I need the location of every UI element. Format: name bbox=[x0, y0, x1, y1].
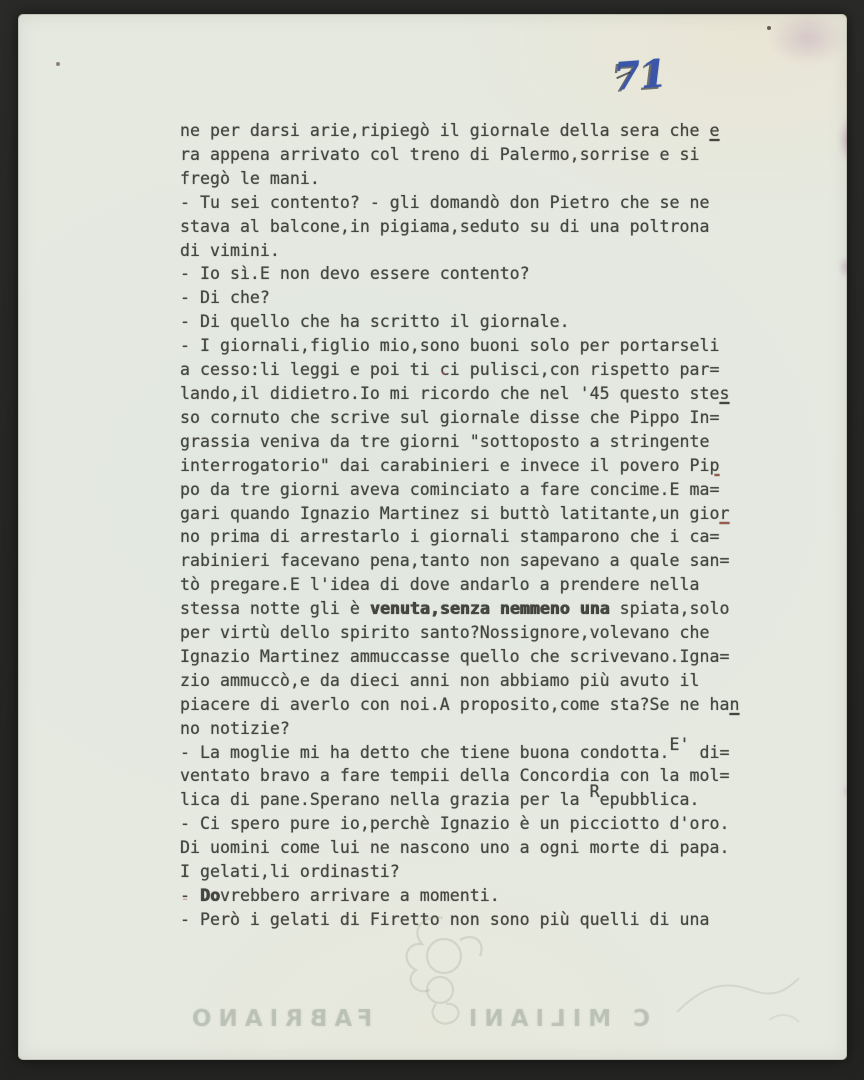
paper-speck bbox=[56, 62, 60, 66]
text-segment: di= bbox=[690, 743, 730, 762]
handwritten-page-number: 71 bbox=[613, 54, 668, 96]
text-line: piacere di averlo con noi.A proposito,co… bbox=[180, 693, 739, 717]
text-line: I gelati,li ordinasti? bbox=[180, 860, 739, 884]
text-segment: zio ammuccò,e da dieci anni non abbiamo … bbox=[180, 671, 700, 690]
text-segment: s bbox=[719, 384, 729, 403]
text-line: - Di quello che ha scritto il giornale. bbox=[180, 310, 739, 334]
text-segment: so cornuto che scrive sul giornale disse… bbox=[180, 408, 719, 427]
ink-stain bbox=[840, 782, 847, 800]
paper-speck bbox=[767, 26, 771, 30]
text-line: - La moglie mi ha detto che tiene buona … bbox=[180, 741, 739, 765]
text-segment: E' bbox=[670, 735, 690, 754]
text-line: no notizie? bbox=[180, 717, 739, 741]
text-line: di vimini. bbox=[180, 239, 739, 263]
text-line: - Io sì.E non devo essere contento? bbox=[180, 262, 739, 286]
watermark-flourish-icon bbox=[673, 972, 803, 1027]
text-segment: - I giornali,figlio mio,sono buoni solo … bbox=[180, 336, 719, 355]
text-segment: ra appena arrivato col treno di Palermo,… bbox=[180, 145, 700, 164]
text-segment: piacere di averlo con noi.A proposito,co… bbox=[180, 695, 729, 714]
fabriano-watermark: C MILIANI FABRIANO bbox=[185, 1006, 650, 1032]
text-segment: - La moglie mi ha detto che tiene buona … bbox=[180, 743, 670, 762]
text-segment: epubblica. bbox=[600, 790, 700, 809]
photo-background: 71 ne per darsi arie,ripiegò il giornale… bbox=[0, 0, 864, 1080]
text-line: interrogatorio" dai carabinieri e invece… bbox=[180, 454, 739, 478]
text-line: rabinieri facevano pena,tanto non sapeva… bbox=[180, 549, 739, 573]
text-segment: stava al balcone,in pigiama,seduto su di… bbox=[180, 217, 710, 236]
text-segment: - Ci spero pure io,perchè Ignazio è un p… bbox=[180, 814, 729, 833]
text-line: lica di pane.Sperano nella grazia per la… bbox=[180, 788, 739, 812]
text-segment: per virtù dello spirito santo?Nossignore… bbox=[180, 623, 710, 642]
text-segment: a cesso:li leggi e poi ti ci pulisci,con… bbox=[180, 360, 719, 379]
text-segment: - bbox=[180, 886, 200, 905]
text-line: tò pregare.E l'idea di dove andarlo a pr… bbox=[180, 573, 739, 597]
ink-stain bbox=[836, 252, 847, 282]
text-line: per virtù dello spirito santo?Nossignore… bbox=[180, 621, 739, 645]
text-line: stessa notte gli è venuta,senza nemmeno … bbox=[180, 597, 739, 621]
text-segment: no notizie? bbox=[180, 719, 290, 738]
text-segment: r bbox=[719, 504, 729, 523]
text-segment: venuta,senza nemmeno una bbox=[370, 599, 610, 618]
manuscript-page: 71 ne per darsi arie,ripiegò il giornale… bbox=[18, 14, 847, 1060]
text-segment: Do bbox=[200, 886, 220, 905]
text-segment: p bbox=[710, 456, 720, 475]
text-line: a cesso:li leggi e poi ti ci pulisci,con… bbox=[180, 358, 739, 382]
text-line: - Di che? bbox=[180, 286, 739, 310]
typescript-lines: ne per darsi arie,ripiegò il giornale de… bbox=[180, 119, 739, 932]
text-segment: tò pregare.E l'idea di dove andarlo a pr… bbox=[180, 575, 700, 594]
ink-stain bbox=[753, 14, 847, 76]
text-line: grassia veniva da tre giorni "sottoposto… bbox=[180, 430, 739, 454]
text-segment: R bbox=[590, 782, 600, 801]
watermark-maker-text: C MILIANI bbox=[462, 1006, 650, 1032]
watermark-place-text: FABRIANO bbox=[185, 1006, 372, 1032]
text-line: po da tre giorni aveva cominciato a fare… bbox=[180, 478, 739, 502]
text-segment: Ignazio Martinez ammuccasse quello che s… bbox=[180, 647, 729, 666]
text-line: no prima di arrestarlo i giornali stampa… bbox=[180, 525, 739, 549]
text-segment: - Di quello che ha scritto il giornale. bbox=[180, 312, 570, 331]
text-line: Di uomini come lui ne nascono uno a ogni… bbox=[180, 836, 739, 860]
text-line: so cornuto che scrive sul giornale disse… bbox=[180, 406, 739, 430]
text-line: - I giornali,figlio mio,sono buoni solo … bbox=[180, 334, 739, 358]
text-segment: - Io sì.E non devo essere contento? bbox=[180, 264, 530, 283]
text-line: zio ammuccò,e da dieci anni non abbiamo … bbox=[180, 669, 739, 693]
text-segment: gari quando Ignazio Martinez si buttò la… bbox=[180, 504, 719, 523]
text-line: - Ci spero pure io,perchè Ignazio è un p… bbox=[180, 812, 739, 836]
text-line: gari quando Ignazio Martinez si buttò la… bbox=[180, 502, 739, 526]
text-line: - Tu sei contento? - gli domandò don Pie… bbox=[180, 191, 739, 215]
text-line: ne per darsi arie,ripiegò il giornale de… bbox=[180, 119, 739, 143]
text-segment: di vimini. bbox=[180, 241, 280, 260]
text-line: fregò le mani. bbox=[180, 167, 739, 191]
text-segment: - Di che? bbox=[180, 288, 270, 307]
text-line: ventato bravo a fare tempii della Concor… bbox=[180, 764, 739, 788]
text-segment: fregò le mani. bbox=[180, 169, 320, 188]
paper-speck bbox=[442, 372, 445, 375]
text-segment: e bbox=[710, 121, 720, 140]
text-line: Ignazio Martinez ammuccasse quello che s… bbox=[180, 645, 739, 669]
text-segment: lica di pane.Sperano nella grazia per la bbox=[180, 790, 590, 809]
text-segment: spiata,solo bbox=[610, 599, 730, 618]
text-segment: lando,il didietro.Io mi ricordo che nel … bbox=[180, 384, 719, 403]
text-line: ra appena arrivato col treno di Palermo,… bbox=[180, 143, 739, 167]
text-segment: I gelati,li ordinasti? bbox=[180, 862, 400, 881]
text-segment: ne per darsi arie,ripiegò il giornale de… bbox=[180, 121, 710, 140]
text-line: stava al balcone,in pigiama,seduto su di… bbox=[180, 215, 739, 239]
text-segment: n bbox=[729, 695, 739, 714]
text-segment: - Tu sei contento? - gli domandò don Pie… bbox=[180, 193, 710, 212]
text-segment: grassia veniva da tre giorni "sottoposto… bbox=[180, 432, 710, 451]
text-line: lando,il didietro.Io mi ricordo che nel … bbox=[180, 382, 739, 406]
text-segment: no prima di arrestarlo i giornali stampa… bbox=[180, 527, 719, 546]
ink-stain bbox=[834, 108, 847, 172]
text-segment: po da tre giorni aveva cominciato a fare… bbox=[180, 480, 719, 499]
text-line: - Dovrebbero arrivare a momenti. bbox=[180, 884, 739, 908]
text-segment: vrebbero arrivare a momenti. bbox=[220, 886, 500, 905]
text-segment: ventato bravo a fare tempii della Concor… bbox=[180, 766, 729, 785]
text-segment: stessa notte gli è bbox=[180, 599, 370, 618]
text-segment: rabinieri facevano pena,tanto non sapeva… bbox=[180, 551, 729, 570]
text-segment: Di uomini come lui ne nascono uno a ogni… bbox=[180, 838, 729, 857]
text-segment: interrogatorio" dai carabinieri e invece… bbox=[180, 456, 710, 475]
